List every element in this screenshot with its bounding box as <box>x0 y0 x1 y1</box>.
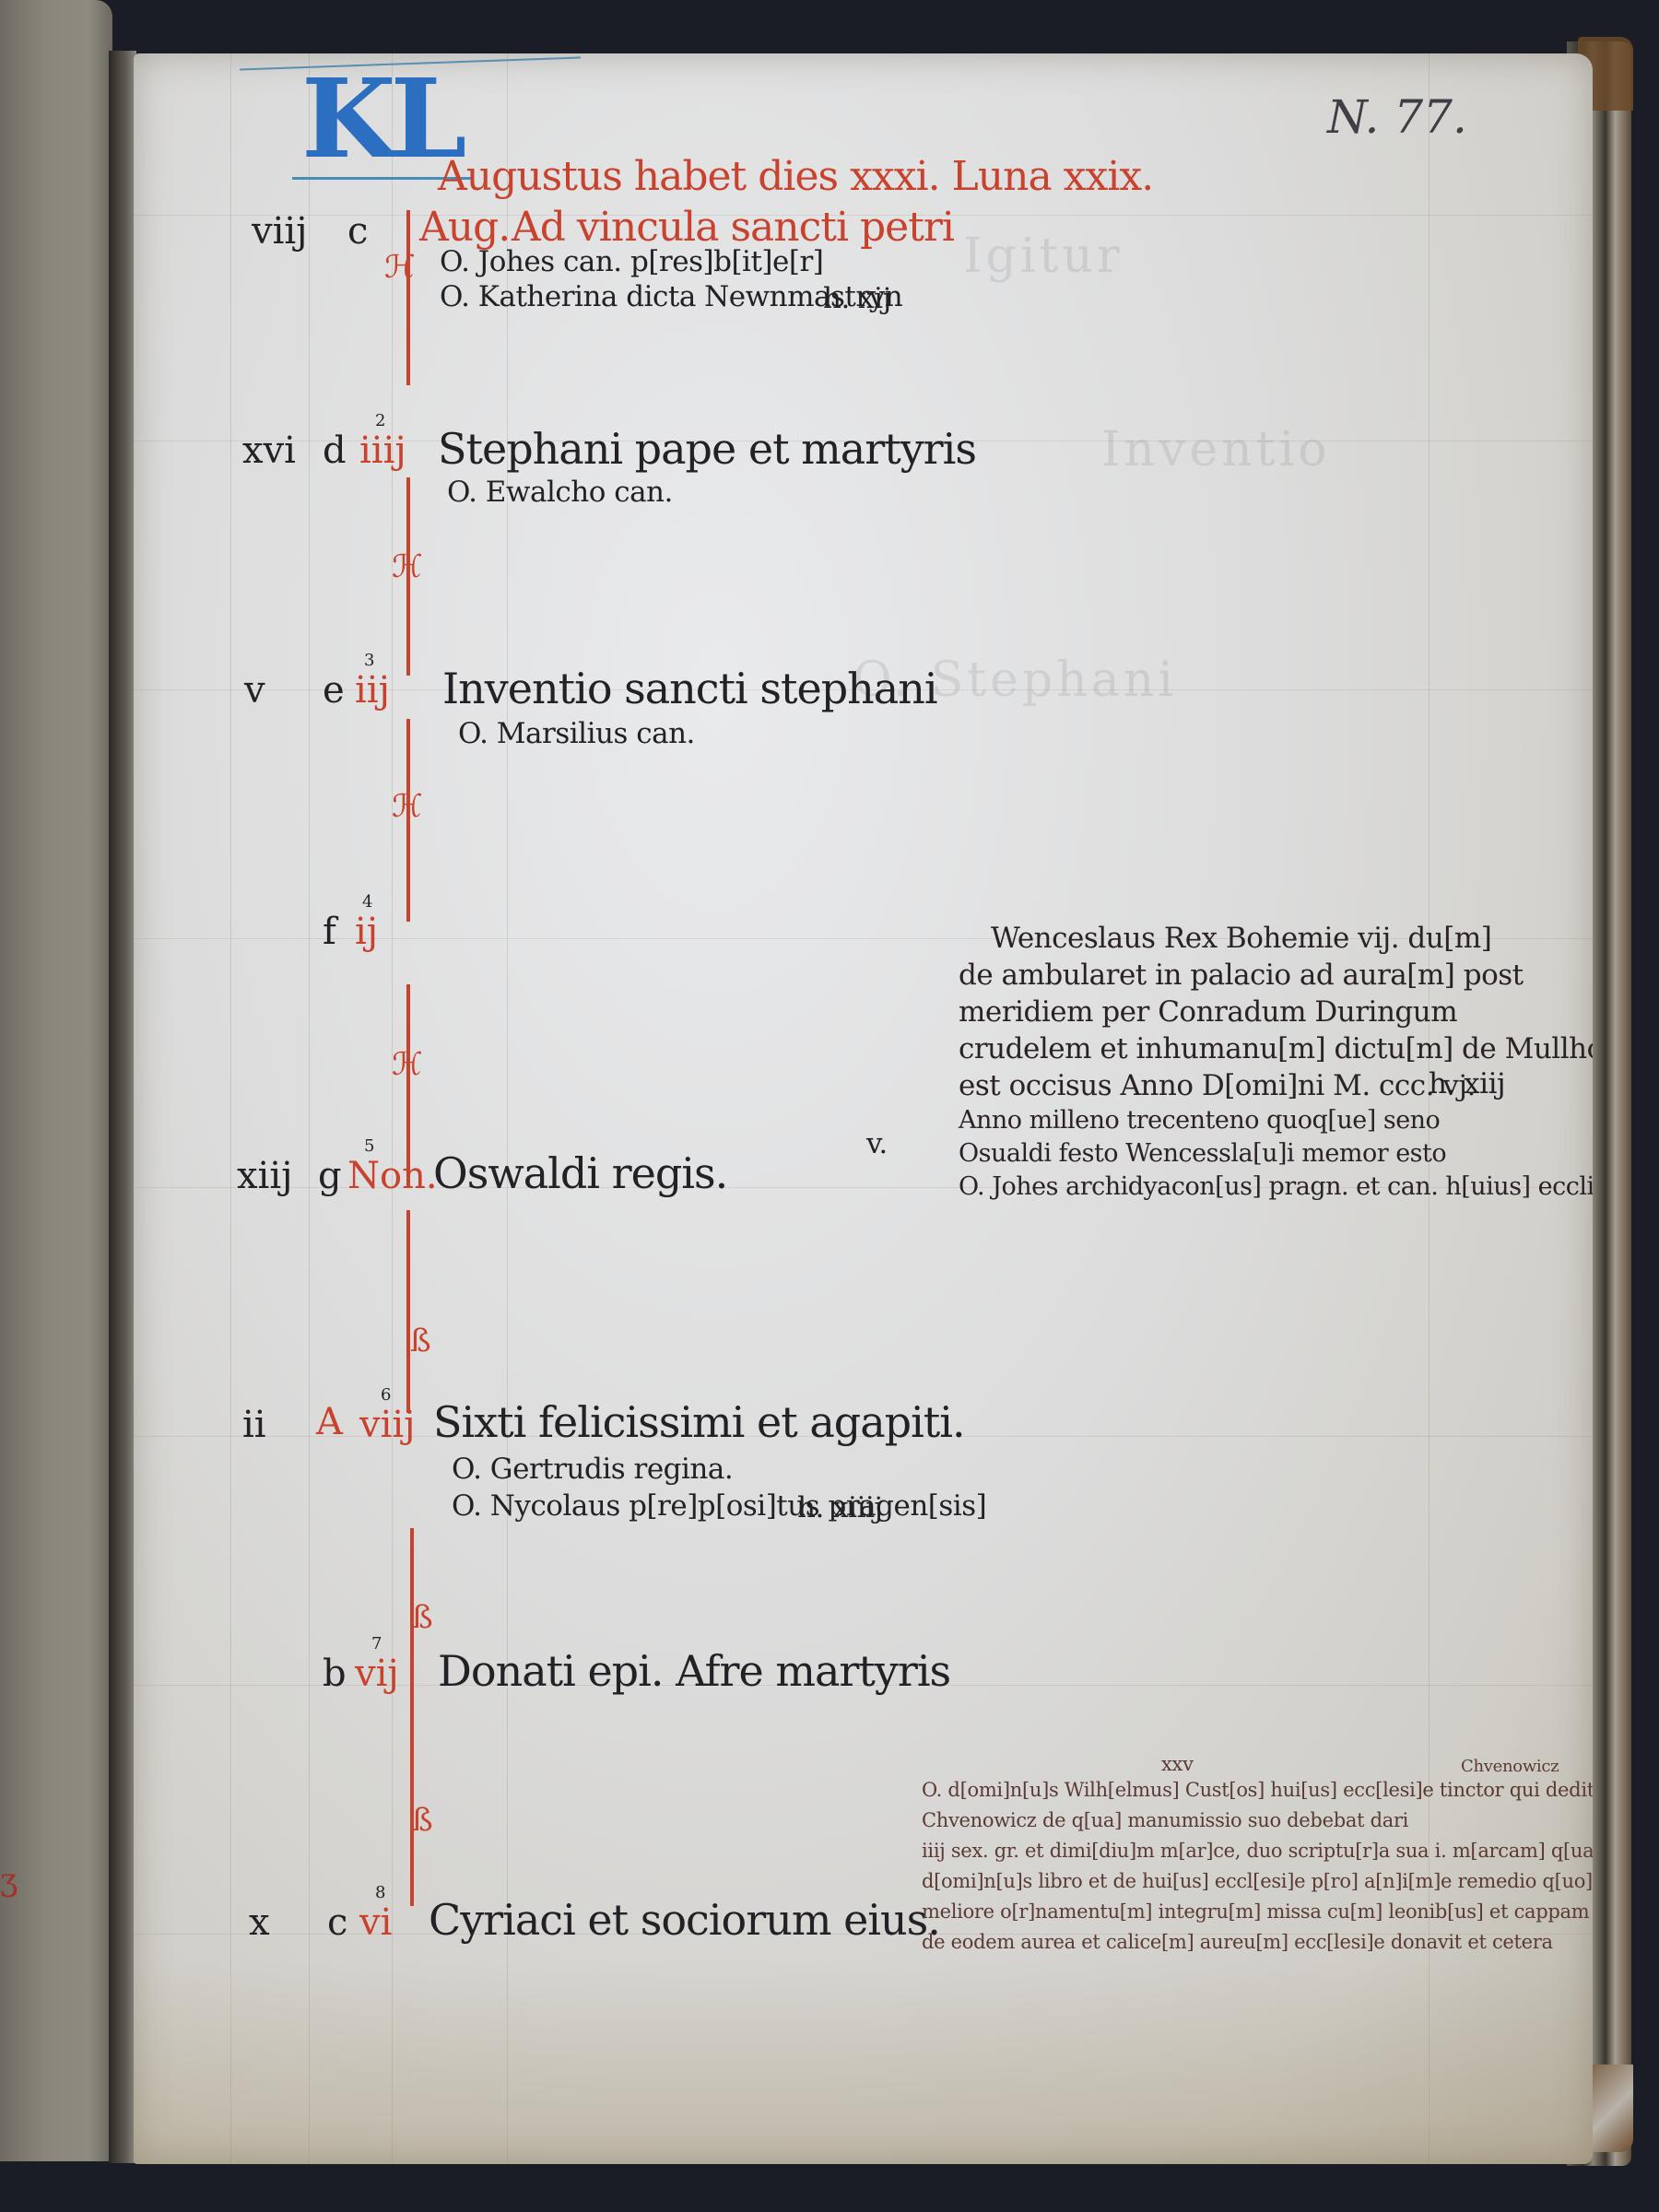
hour-mark: h. xij <box>823 282 891 315</box>
rubric-flourish-icon: ℋ <box>392 791 423 822</box>
roman-date: vij <box>355 1653 399 1695</box>
obit-entry: O. Gertrudis regina. <box>452 1453 733 1486</box>
feast-name: Cyriaci et sociorum eius. <box>429 1895 940 1945</box>
feast-name: Oswaldi regis. <box>433 1148 727 1198</box>
golden-number: xiij <box>237 1155 293 1197</box>
feast-name: Inventio sancti stephani <box>442 664 937 713</box>
manuscript-page: Igitur Inventio O. Stephani N. 77. KL Au… <box>134 53 1593 2164</box>
day-superscript: 2 <box>375 411 385 430</box>
roman-date: iij <box>355 669 390 712</box>
golden-number: xvi <box>242 429 296 472</box>
facing-page-red-mark: ʒ <box>0 1862 18 1899</box>
roman-date: Aug. <box>419 204 510 251</box>
note-line: Wenceslaus Rex Bohemie vij. du[m] <box>959 920 1593 957</box>
parchment-stain <box>134 1961 1593 2164</box>
day-superscript: 4 <box>362 892 372 912</box>
day-superscript: 5 <box>364 1136 374 1156</box>
ruling-line <box>230 53 231 2164</box>
note-line: de eodem aurea et calice[m] aureu[m] ecc… <box>922 1927 1593 1958</box>
dominical-littera-dominicalis <box>406 210 423 385</box>
rubric-flourish-icon: ℋ <box>392 551 423 582</box>
note-line: iiij sex. gr. et dimi[diu]m m[ar]ce, duo… <box>922 1836 1593 1866</box>
note-line: de ambularet in palacio ad aura[m] post <box>959 957 1593 994</box>
golden-number: viij <box>252 210 308 253</box>
dominical-letter: c <box>347 210 368 253</box>
bottom-note: O. d[omi]n[u]s Wilh[elmus] Cust[os] hui[… <box>922 1775 1593 1958</box>
roman-date: ij <box>355 911 378 953</box>
day-superscript: 8 <box>375 1883 385 1902</box>
hour-mark: h. xiij <box>1429 1067 1505 1100</box>
dominical-letter: g <box>318 1155 342 1197</box>
feast-name: Donati epi. Afre martyris <box>438 1646 950 1696</box>
note-line: O. Johes archidyacon[us] pragn. et can. … <box>959 1171 1593 1204</box>
note-line: meliore o[r]namentu[m] integru[m] missa … <box>922 1897 1593 1927</box>
dominical-letter: e <box>323 669 345 712</box>
note-line: crudelem et inhumanu[m] dictu[m] de Mull… <box>959 1030 1593 1067</box>
book-gutter <box>109 51 136 2163</box>
dominical-letter: b <box>323 1653 347 1695</box>
note-line: d[omi]n[u]s libro et de hui[us] eccl[esi… <box>922 1866 1593 1897</box>
golden-number: v <box>244 669 265 712</box>
roman-date: vi <box>359 1901 392 1944</box>
obit-entry: O. Nycolaus p[re]p[osi]tus pragen[sis] <box>452 1489 986 1523</box>
rubric-flourish-icon: ℋ <box>392 1049 423 1080</box>
note-line: Chvenowicz de q[ua] manumissio suo debeb… <box>922 1806 1593 1836</box>
obit-entry: O. Johes can. p[res]b[it]e[r] <box>440 245 823 278</box>
golden-number: x <box>249 1901 270 1944</box>
note-line: Anno milleno trecenteno quoq[ue] seno <box>959 1104 1593 1137</box>
hour-mark: h. xiiij <box>797 1491 883 1524</box>
dominical-letter: f <box>323 911 336 953</box>
rubric-flourish-icon: ℋ <box>384 252 416 283</box>
obit-entry: O. Marsilius can. <box>458 717 695 750</box>
day-superscript: 7 <box>371 1634 382 1653</box>
showthrough-text: Igitur <box>963 229 1124 284</box>
folio-number: N. 77. <box>1327 90 1467 144</box>
feast-name: Ad vincula sancti petri <box>512 204 954 251</box>
wenceslaus-note: Wenceslaus Rex Bohemie vij. du[m] de amb… <box>959 920 1593 1204</box>
rubric-flourish-icon: ß <box>412 1805 433 1836</box>
rubric-flourish-icon: ß <box>412 1602 433 1633</box>
note-line: meridiem per Conradum Duringum <box>959 994 1593 1030</box>
dominical-letter: A <box>316 1401 343 1443</box>
golden-number: ii <box>242 1404 266 1446</box>
note-line: Osualdi festo Wencessla[u]i memor esto <box>959 1137 1593 1171</box>
rubric-flourish-icon: ß <box>410 1325 431 1357</box>
note-line: O. d[omi]n[u]s Wilh[elmus] Cust[os] hui[… <box>922 1775 1593 1806</box>
dominical-letter: c <box>327 1901 347 1944</box>
month-heading: Augustus habet dies xxxi. Luna xxix. <box>438 153 1153 200</box>
roman-date: iiij <box>359 429 406 472</box>
feast-name: Sixti felicissimi et agapiti. <box>433 1397 965 1447</box>
ruling-line <box>507 53 508 2164</box>
feast-name: Stephani pape et martyris <box>438 424 976 474</box>
ruling-line <box>309 53 310 2164</box>
facing-page-left: ʒ <box>0 0 112 2161</box>
roman-date: Non. <box>347 1155 438 1197</box>
showthrough-text: Inventio <box>1101 422 1331 477</box>
ruling-line <box>392 53 393 2164</box>
dominical-letter: d <box>323 429 347 472</box>
obit-entry: O. Ewalcho can. <box>447 476 673 509</box>
day-superscript: 3 <box>364 651 374 670</box>
day-superscript: 6 <box>381 1385 391 1405</box>
dominical-littera-dominicalis <box>406 1210 423 1413</box>
note-left-mark: v. <box>866 1127 888 1160</box>
roman-date: viij <box>359 1404 416 1446</box>
